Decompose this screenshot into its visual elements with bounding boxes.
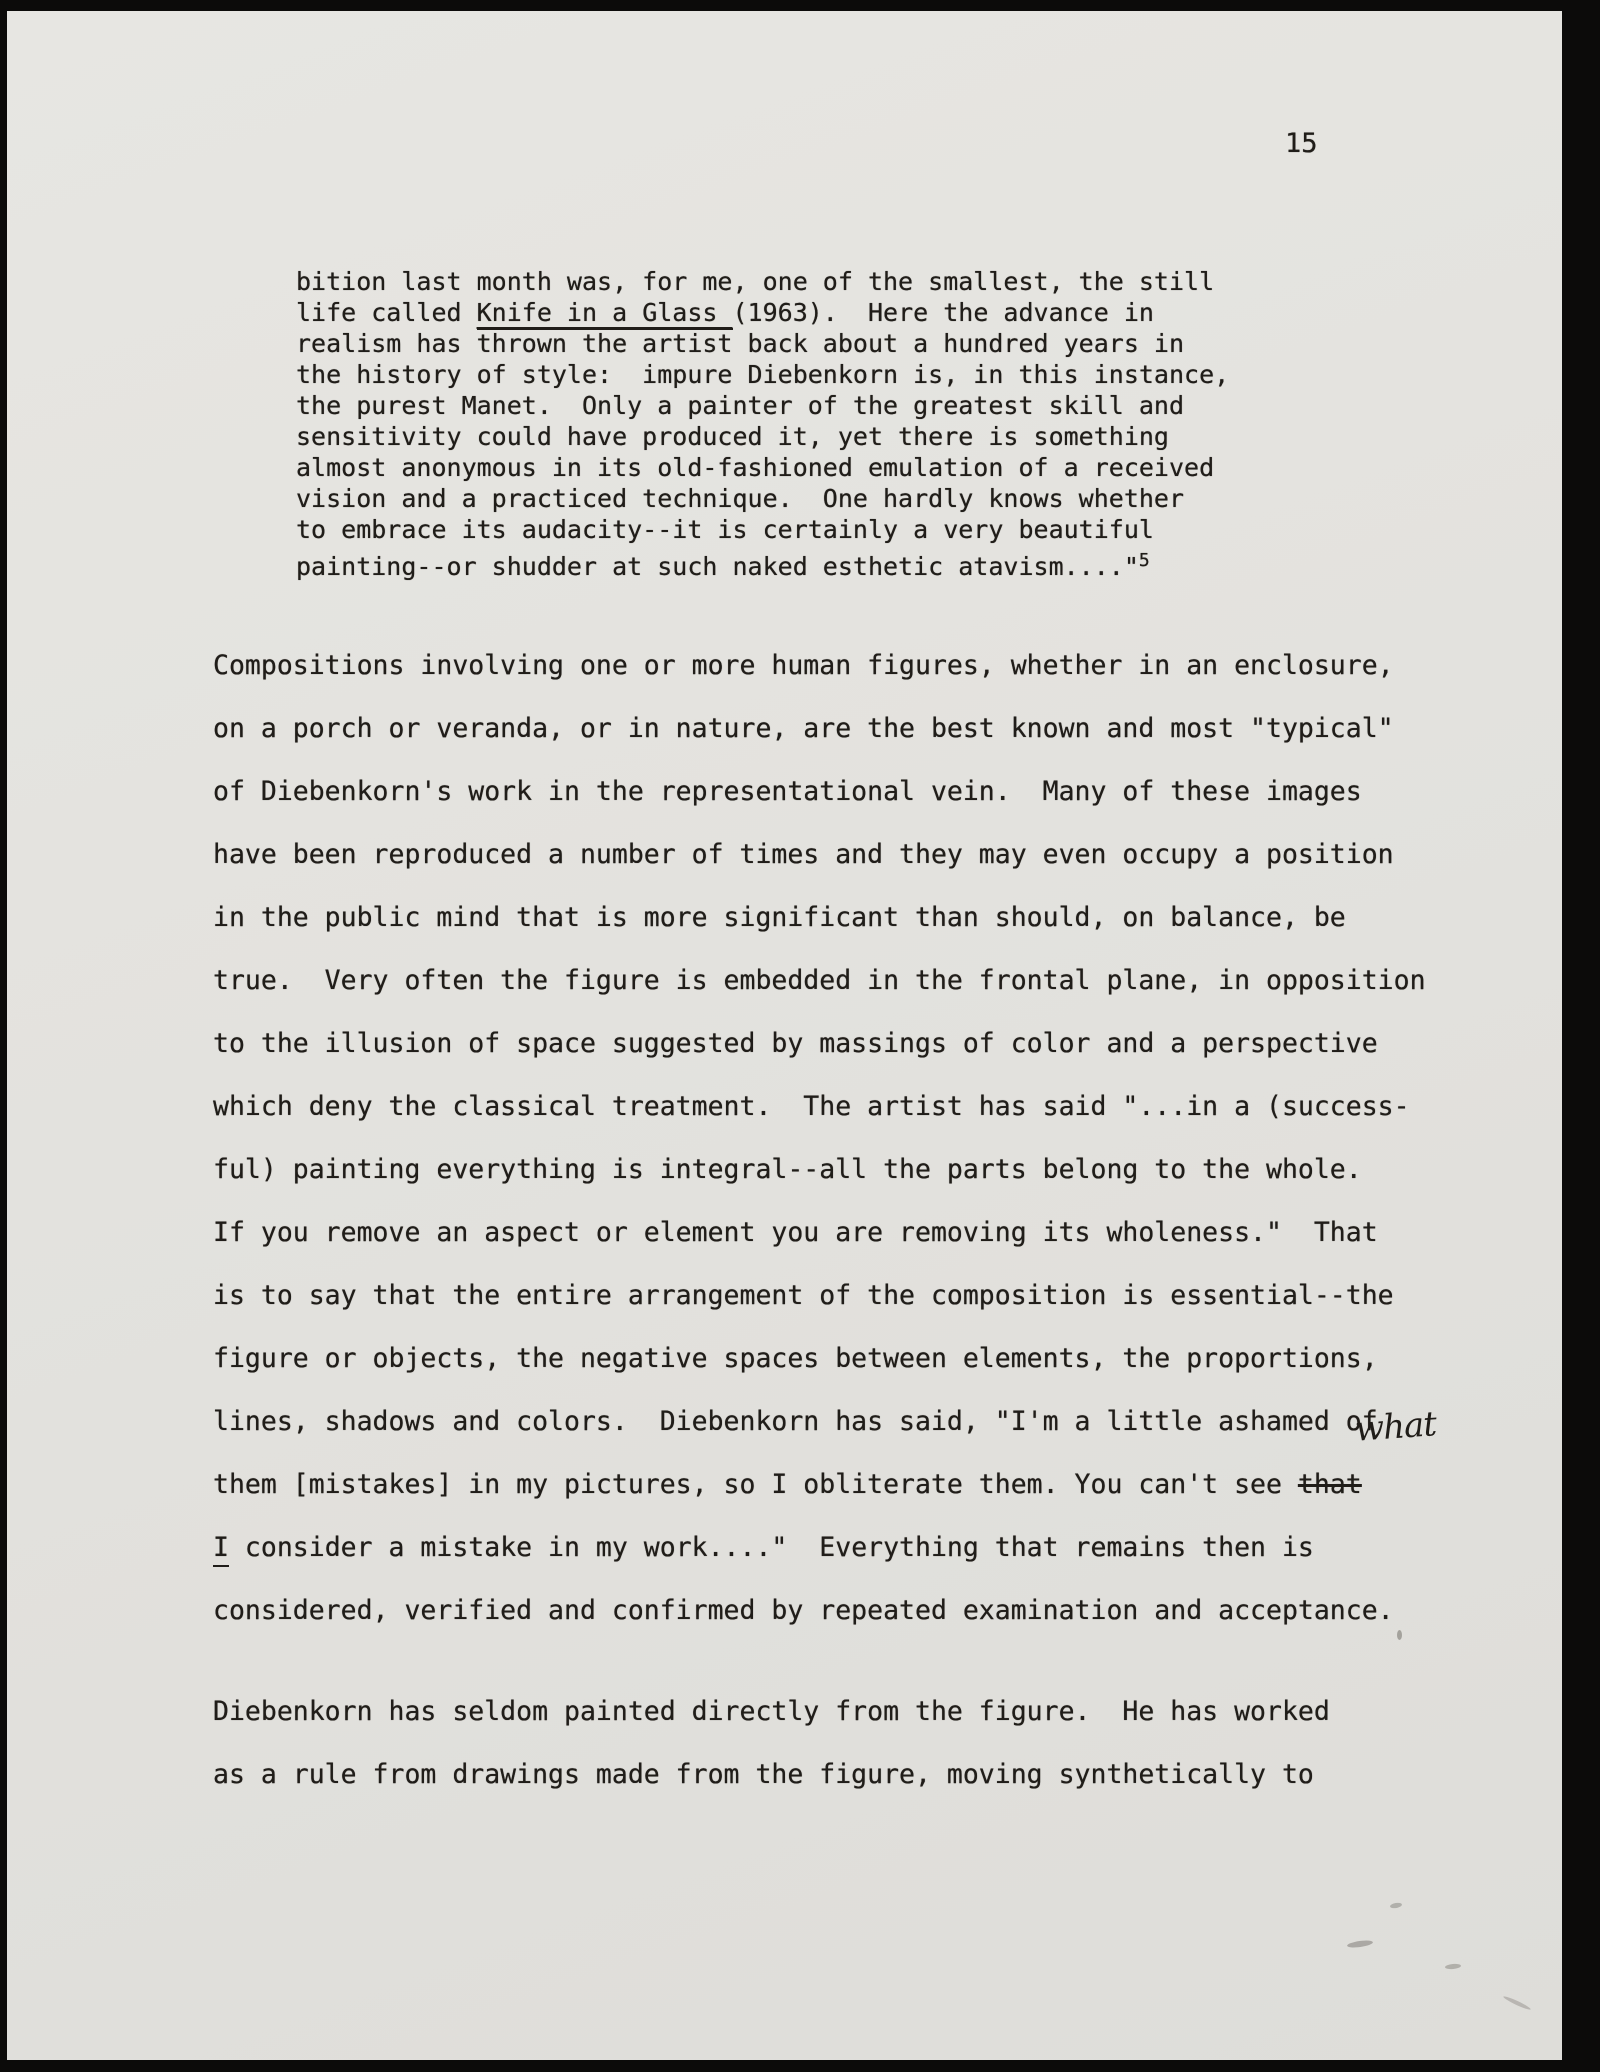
scan-smudge — [1503, 1995, 1532, 2011]
page-number: 15 — [1285, 128, 1318, 159]
body-line: Diebenkorn has seldom painted directly f… — [213, 1680, 1330, 1743]
quote-line: the history of style: impure Diebenkorn … — [296, 359, 1229, 390]
body-line: have been reproduced a number of times a… — [213, 823, 1426, 886]
body-line: Compositions involving one or more human… — [213, 634, 1426, 697]
body-line: on a porch or veranda, or in nature, are… — [213, 697, 1426, 760]
body-text: them [mistakes] in my pictures, so I obl… — [213, 1469, 1298, 1500]
quote-text: painting--or shudder at such naked esthe… — [296, 552, 1139, 581]
body-line: as a rule from drawings made from the fi… — [213, 1743, 1330, 1806]
handwritten-correction: what — [1353, 1401, 1437, 1453]
footnote-marker: 5 — [1139, 550, 1150, 571]
quote-line: almost anonymous in its old-fashioned em… — [296, 452, 1229, 483]
scan-smudge — [1445, 1963, 1461, 1969]
body-line: I consider a mistake in my work...." Eve… — [213, 1516, 1426, 1579]
quote-line: to embrace its audacity--it is certainly… — [296, 514, 1229, 545]
block-quote: bition last month was, for me, one of th… — [296, 266, 1229, 576]
artwork-title-underlined: Knife in a Glass — [477, 298, 733, 330]
struck-out-word: that — [1298, 1469, 1362, 1500]
quote-line: life called Knife in a Glass (1963). Her… — [296, 297, 1229, 328]
quote-text: (1963). Here the advance in — [733, 298, 1154, 327]
body-line: is to say that the entire arrangement of… — [213, 1264, 1426, 1327]
scan-smudge — [1390, 1902, 1403, 1909]
body-line: lines, shadows and colors. Diebenkorn ha… — [213, 1390, 1426, 1453]
document-page: 15 bition last month was, for me, one of… — [7, 11, 1562, 2060]
quote-line: vision and a practiced technique. One ha… — [296, 483, 1229, 514]
quote-text: life called — [296, 298, 477, 327]
quote-line: painting--or shudder at such naked esthe… — [296, 545, 1229, 576]
quote-line: realism has thrown the artist back about… — [296, 328, 1229, 359]
body-line: If you remove an aspect or element you a… — [213, 1201, 1426, 1264]
body-line: of Diebenkorn's work in the representati… — [213, 760, 1426, 823]
scan-smudge — [1347, 1939, 1374, 1949]
body-line: them [mistakes] in my pictures, so I obl… — [213, 1453, 1426, 1516]
quote-line: the purest Manet. Only a painter of the … — [296, 390, 1229, 421]
body-line: to the illusion of space suggested by ma… — [213, 1012, 1426, 1075]
body-line: ful) painting everything is integral--al… — [213, 1138, 1426, 1201]
scan-background: 15 bition last month was, for me, one of… — [0, 0, 1600, 2072]
body-paragraph-1: Compositions involving one or more human… — [213, 634, 1426, 1642]
quote-line: bition last month was, for me, one of th… — [296, 266, 1229, 297]
underlined-word: I — [213, 1532, 229, 1567]
body-line: true. Very often the figure is embedded … — [213, 949, 1426, 1012]
scan-smudge — [1397, 1630, 1402, 1640]
body-line: figure or objects, the negative spaces b… — [213, 1327, 1426, 1390]
quote-line: sensitivity could have produced it, yet … — [296, 421, 1229, 452]
body-text: consider a mistake in my work...." Every… — [229, 1532, 1314, 1563]
body-line: in the public mind that is more signific… — [213, 886, 1426, 949]
body-paragraph-2: Diebenkorn has seldom painted directly f… — [213, 1680, 1330, 1806]
body-line: considered, verified and confirmed by re… — [213, 1579, 1426, 1642]
body-line: which deny the classical treatment. The … — [213, 1075, 1426, 1138]
